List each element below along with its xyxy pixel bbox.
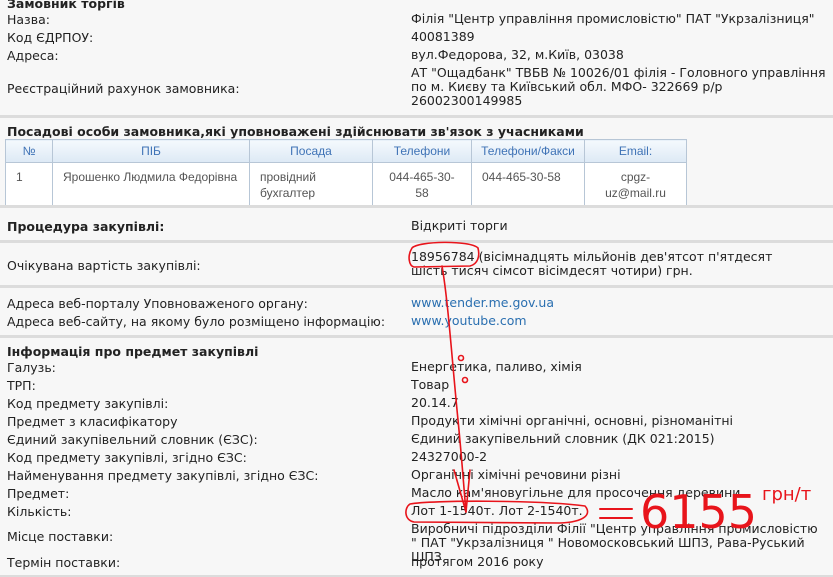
divider	[0, 335, 833, 338]
subject-code-value: 20.14.7	[411, 396, 831, 410]
customer-address-label: Адреса:	[7, 48, 59, 63]
col-number: №	[6, 140, 53, 163]
contacts-table: № ПІБ Посада Телефони Телефони/Факси Ema…	[5, 139, 687, 208]
classifier-value: Продукти хімічні органічні, основні, різ…	[411, 414, 831, 428]
industry-value: Енергетика, паливо, хімія	[411, 360, 831, 374]
subject-section-title: Інформація про предмет закупівлі	[7, 344, 827, 359]
delivery-term-label: Термін поставки:	[7, 555, 120, 570]
customer-section-title: Замовник торгів	[7, 0, 827, 11]
cpv-name-value: Органічні хімічні речовини різні	[411, 468, 831, 482]
cpv-code-value: 24327000-2	[411, 450, 831, 464]
table-row: 1 Ярошенко Людмила Федорівна провідний б…	[6, 163, 687, 208]
contacts-section-title: Посадові особи замовника,які уповноважен…	[7, 124, 827, 139]
cpv-value: Єдиний закупівельний словник (ДК 021:201…	[411, 432, 831, 446]
customer-name-label: Назва:	[7, 12, 50, 27]
quantity-value: Лот 1-1540т. Лот 2-1540т.	[411, 504, 831, 518]
trp-value: Товар	[411, 378, 831, 392]
customer-code-label: Код ЄДРПОУ:	[7, 30, 93, 45]
website-link[interactable]: www.youtube.com	[411, 314, 831, 328]
divider	[0, 115, 833, 118]
cell-phones: 044-465-30-58	[373, 163, 472, 208]
col-email: Email:	[585, 140, 687, 163]
divider	[0, 205, 833, 208]
customer-address-value: вул.Федорова, 32, м.Київ, 03038	[411, 48, 831, 62]
expected-cost-value: 18956784 (вісімнадцять мільйонів дев'ятс…	[411, 250, 811, 278]
col-phones: Телефони	[373, 140, 472, 163]
portal-link[interactable]: www.tender.me.gov.ua	[411, 296, 831, 310]
procedure-value: Відкриті торги	[411, 219, 831, 233]
cell-number: 1	[6, 163, 53, 208]
customer-account-value: АТ "Ощадбанк" ТВБВ № 10026/01 філія - Го…	[411, 66, 829, 108]
subject-code-label: Код предмету закупівлі:	[7, 396, 168, 411]
expected-cost-label: Очікувана вартість закупівлі:	[7, 258, 201, 273]
cpv-name-label: Найменування предмету закупівлі, згідно …	[7, 468, 318, 483]
col-position: Посада	[250, 140, 373, 163]
cell-name: Ярошенко Людмила Федорівна	[53, 163, 250, 208]
expected-cost-amount: 18956784	[411, 249, 475, 264]
item-value: Масло кам'яновугільне для просочення дер…	[411, 486, 831, 500]
industry-label: Галузь:	[7, 360, 56, 375]
cell-email: cpgz-uz@mail.ru	[585, 163, 687, 208]
divider	[0, 285, 833, 288]
cpv-label: Єдиний закупівельний словник (ЄЗС):	[7, 432, 258, 447]
cpv-code-label: Код предмету закупівлі, згідно ЄЗС:	[7, 450, 247, 465]
contacts-header-row: № ПІБ Посада Телефони Телефони/Факси Ema…	[6, 140, 687, 163]
trp-label: ТРП:	[7, 378, 36, 393]
delivery-term-value: протягом 2016 року	[411, 555, 831, 569]
customer-account-label: Реєстраційний рахунок замовника:	[7, 81, 240, 96]
delivery-place-label: Місце поставки:	[7, 529, 113, 544]
customer-code-value: 40081389	[411, 30, 831, 44]
divider	[0, 240, 833, 243]
quantity-label: Кількість:	[7, 504, 71, 519]
cell-position: провідний бухгалтер	[250, 163, 373, 208]
portal-label: Адреса веб-порталу Уповноваженого органу…	[7, 296, 308, 311]
col-phones-fax: Телефони/Факси	[472, 140, 585, 163]
col-name: ПІБ	[53, 140, 250, 163]
cell-phones-fax: 044-465-30-58	[472, 163, 585, 208]
website-label: Адреса веб-сайту, на якому було розміщен…	[7, 314, 385, 329]
procedure-label: Процедура закупівлі:	[7, 219, 164, 234]
customer-name-value: Філія "Центр управління промисловістю" П…	[411, 12, 831, 26]
item-label: Предмет:	[7, 486, 69, 501]
classifier-label: Предмет з класифікатору	[7, 414, 178, 429]
tender-details-page: Замовник торгів Назва: Філія "Центр упра…	[0, 0, 833, 577]
